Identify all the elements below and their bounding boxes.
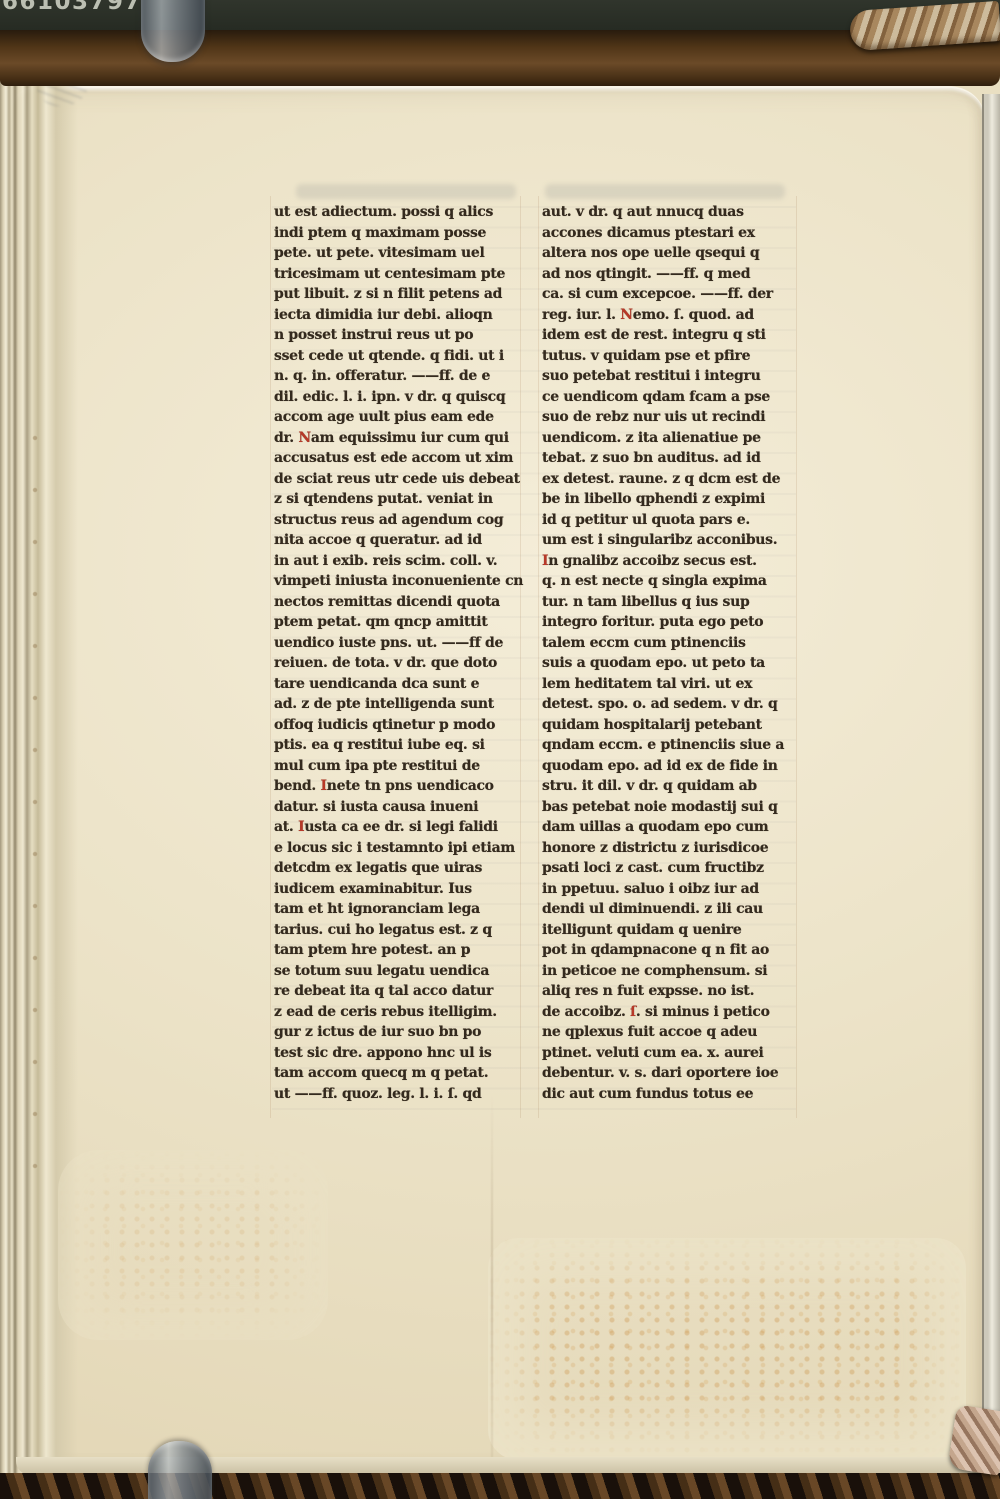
manuscript-line: q. n est necte q singla expima xyxy=(542,571,790,592)
manuscript-line: tricesimam ut centesimam pte xyxy=(274,264,516,285)
manuscript-line: accusatus est ede accom ut xim xyxy=(274,448,516,469)
manuscript-line: dic aut cum fundus totus ee xyxy=(542,1084,790,1105)
manuscript-line: tare uendicanda dca sunt e xyxy=(274,674,516,695)
manuscript-line: suis a quodam epo. ut peto ta xyxy=(542,653,790,674)
manuscript-line: tebat. z suo bn auditus. ad id xyxy=(542,448,790,469)
manuscript-line: uendico iuste pns. ut. ——ff de xyxy=(274,633,516,654)
manuscript-line: ne qplexus fuit accoe q adeu xyxy=(542,1022,790,1043)
manuscript-line: ca. si cum excepcoe. ——ff. der xyxy=(542,284,790,305)
manuscript-line: pete. ut pete. vitesimam uel xyxy=(274,243,516,264)
manuscript-line: ut ——ff. quoz. leg. l. i. ſ. qd xyxy=(274,1084,516,1105)
manuscript-line: z ead de ceris rebus itelligim. xyxy=(274,1002,516,1023)
manuscript-line: reg. iur. l. Nemo. ſ. quod. ad xyxy=(542,305,790,326)
manuscript-line: de sciat reus utr cede uis debeat xyxy=(274,469,516,490)
manuscript-line: gur z ictus de iur suo bn po xyxy=(274,1022,516,1043)
text-column-2: aut. v dr. q aut nnucq duasaccones dicam… xyxy=(542,202,790,1104)
manuscript-line: in peticoe ne comphensum. si xyxy=(542,961,790,982)
manuscript-line: debentur. v. s. dari oportere ioe xyxy=(542,1063,790,1084)
manuscript-line: idem est de rest. integru q sti xyxy=(542,325,790,346)
manuscript-line: um est i singularibz acconibus. xyxy=(542,530,790,551)
manuscript-line: accones dicamus ptestari ex xyxy=(542,223,790,244)
manuscript-line: tam et ht ignoranciam lega xyxy=(274,899,516,920)
fore-edge-pages xyxy=(982,94,1000,1462)
manuscript-line: at. Iusta ca ee dr. si legi falidi xyxy=(274,817,516,838)
manuscript-line: ex detest. raune. z q dcm est de xyxy=(542,469,790,490)
manuscript-line: detest. spo. o. ad sedem. v dr. q xyxy=(542,694,790,715)
manuscript-line: nectos remittas dicendi quota xyxy=(274,592,516,613)
manuscript-line: in aut i exib. reis scim. coll. v. xyxy=(274,551,516,572)
manuscript-line: accom age uult pius eam ede xyxy=(274,407,516,428)
manuscript-line: suo de rebz nur uis ut recindi xyxy=(542,407,790,428)
manuscript-line: ce uendicom qdam fcam a pse xyxy=(542,387,790,408)
manuscript-line: reiuen. de tota. v dr. que doto xyxy=(274,653,516,674)
manuscript-line: re debeat ita q tal acco datur xyxy=(274,981,516,1002)
rubric-initial: N xyxy=(298,430,310,446)
manuscript-line: suo petebat restitui i integru xyxy=(542,366,790,387)
ruling-line xyxy=(538,196,539,1118)
endband-bottom-right xyxy=(947,1404,1000,1475)
manuscript-line: sset cede ut qtende. q fidi. ut i xyxy=(274,346,516,367)
rubric-initial: I xyxy=(298,819,304,835)
pricking-holes xyxy=(30,432,40,1192)
bleedthrough-ghost xyxy=(545,184,785,199)
manuscript-line: datur. si iusta causa inueni xyxy=(274,797,516,818)
manuscript-line: bend. Inete tn pns uendicaco xyxy=(274,776,516,797)
manuscript-line: test sic dre. appono hnc ul is xyxy=(274,1043,516,1064)
page-clamp-top xyxy=(141,0,205,62)
manuscript-line: bas petebat noie modastij sui q xyxy=(542,797,790,818)
manuscript-line: tur. n tam libellus q ius sup xyxy=(542,592,790,613)
manuscript-line: de accoibz. ſ. si minus i petico xyxy=(542,1002,790,1023)
manuscript-line: talem eccm cum ptinenciis xyxy=(542,633,790,654)
manuscript-line: quidam hospitalarij petebant xyxy=(542,715,790,736)
manuscript-line: ad nos qtingit. ——ff. q med xyxy=(542,264,790,285)
parchment-speckle xyxy=(488,1238,966,1460)
rubric-initial: I xyxy=(321,778,327,794)
manuscript-line: qndam eccm. e ptinenciis siue a xyxy=(542,735,790,756)
manuscript-line: tutus. v quidam pse et pfire xyxy=(542,346,790,367)
manuscript-line: mul cum ipa pte restitui de xyxy=(274,756,516,777)
rubric-initial: N xyxy=(620,307,632,323)
manuscript-line: ut est adiectum. possi q alics xyxy=(274,202,516,223)
manuscript-line: e locus sic i testamnto ipi etiam xyxy=(274,838,516,859)
manuscript-line: honore z districtu z iurisdicoe xyxy=(542,838,790,859)
manuscript-line: offoq iudicis qtinetur p modo xyxy=(274,715,516,736)
manuscript-line: indi ptem q maximam posse xyxy=(274,223,516,244)
manuscript-line: uendicom. z ita alienatiue pe xyxy=(542,428,790,449)
rubric-initial: ſ xyxy=(630,1004,636,1020)
archival-number: 66103797 xyxy=(2,0,142,15)
manuscript-line: iudicem examinabitur. Ius xyxy=(274,879,516,900)
manuscript-line: n posset instrui reus ut po xyxy=(274,325,516,346)
manuscript-line: aut. v dr. q aut nnucq duas xyxy=(542,202,790,223)
manuscript-line: ad. z de pte intelligenda sunt xyxy=(274,694,516,715)
manuscript-line: itelligunt quidam q uenire xyxy=(542,920,790,941)
bleedthrough-ghost xyxy=(296,184,516,199)
manuscript-line: ptis. ea q restitui iube eq. si xyxy=(274,735,516,756)
manuscript-line: structus reus ad agendum cog xyxy=(274,510,516,531)
manuscript-line: detcdm ex legatis que uiras xyxy=(274,858,516,879)
manuscript-line: be in libello qphendi z expimi xyxy=(542,489,790,510)
manuscript-line: se totum suu legatu uendica xyxy=(274,961,516,982)
manuscript-line: id q petitur ul quota pars e. xyxy=(542,510,790,531)
manuscript-line: dam uillas a quodam epo cum xyxy=(542,817,790,838)
manuscript-line: tam accom quecq m q petat. xyxy=(274,1063,516,1084)
manuscript-line: tarius. cui ho legatus est. z q xyxy=(274,920,516,941)
manuscript-line: quodam epo. ad id ex de fide in xyxy=(542,756,790,777)
ruling-line xyxy=(796,196,797,1118)
manuscript-line: altera nos ope uelle qsequi q xyxy=(542,243,790,264)
manuscript-line: In gnalibz accoibz secus est. xyxy=(542,551,790,572)
manuscript-line: ptem petat. qm qncp amittit xyxy=(274,612,516,633)
parchment-crease xyxy=(491,1095,493,1487)
manuscript-line: aliq res n fuit expsse. no ist. xyxy=(542,981,790,1002)
ruling-line xyxy=(270,196,271,1118)
manuscript-line: dendi ul diminuendi. z ili cau xyxy=(542,899,790,920)
manuscript-line: ptinet. veluti cum ea. x. aurei xyxy=(542,1043,790,1064)
manuscript-line: lem heditatem tal viri. ut ex xyxy=(542,674,790,695)
manuscript-line: tam ptem hre potest. an p xyxy=(274,940,516,961)
text-column-1: ut est adiectum. possi q alicsindi ptem … xyxy=(274,202,516,1104)
page-clamp-bottom xyxy=(148,1441,212,1499)
manuscript-line: dil. edic. l. i. ipn. v dr. q quiscq xyxy=(274,387,516,408)
manuscript-line: n. q. in. offeratur. ——ff. de e xyxy=(274,366,516,387)
ruling-line xyxy=(520,196,521,1118)
manuscript-line: stru. it dil. v dr. q quidam ab xyxy=(542,776,790,797)
manuscript-line: vimpeti iniusta inconueniente cn xyxy=(274,571,516,592)
manuscript-line: z si qtendens putat. veniat in xyxy=(274,489,516,510)
manuscript-photo: ut est adiectum. possi q alicsindi ptem … xyxy=(0,0,1000,1499)
parchment-speckle xyxy=(58,1150,328,1340)
manuscript-line: nita accoe q queratur. ad id xyxy=(274,530,516,551)
manuscript-line: in ppetuu. saluo i oibz iur ad xyxy=(542,879,790,900)
manuscript-line: dr. Nam equissimu iur cum qui xyxy=(274,428,516,449)
manuscript-line: iecta dimidia iur debi. alioqn xyxy=(274,305,516,326)
manuscript-line: integro foritur. puta ego peto xyxy=(542,612,790,633)
manuscript-line: psati loci z cast. cum fructibz xyxy=(542,858,790,879)
manuscript-line: put libuit. z si n filit petens ad xyxy=(274,284,516,305)
manuscript-line: pot in qdampnacone q n fit ao xyxy=(542,940,790,961)
rubric-initial: I xyxy=(542,553,548,569)
